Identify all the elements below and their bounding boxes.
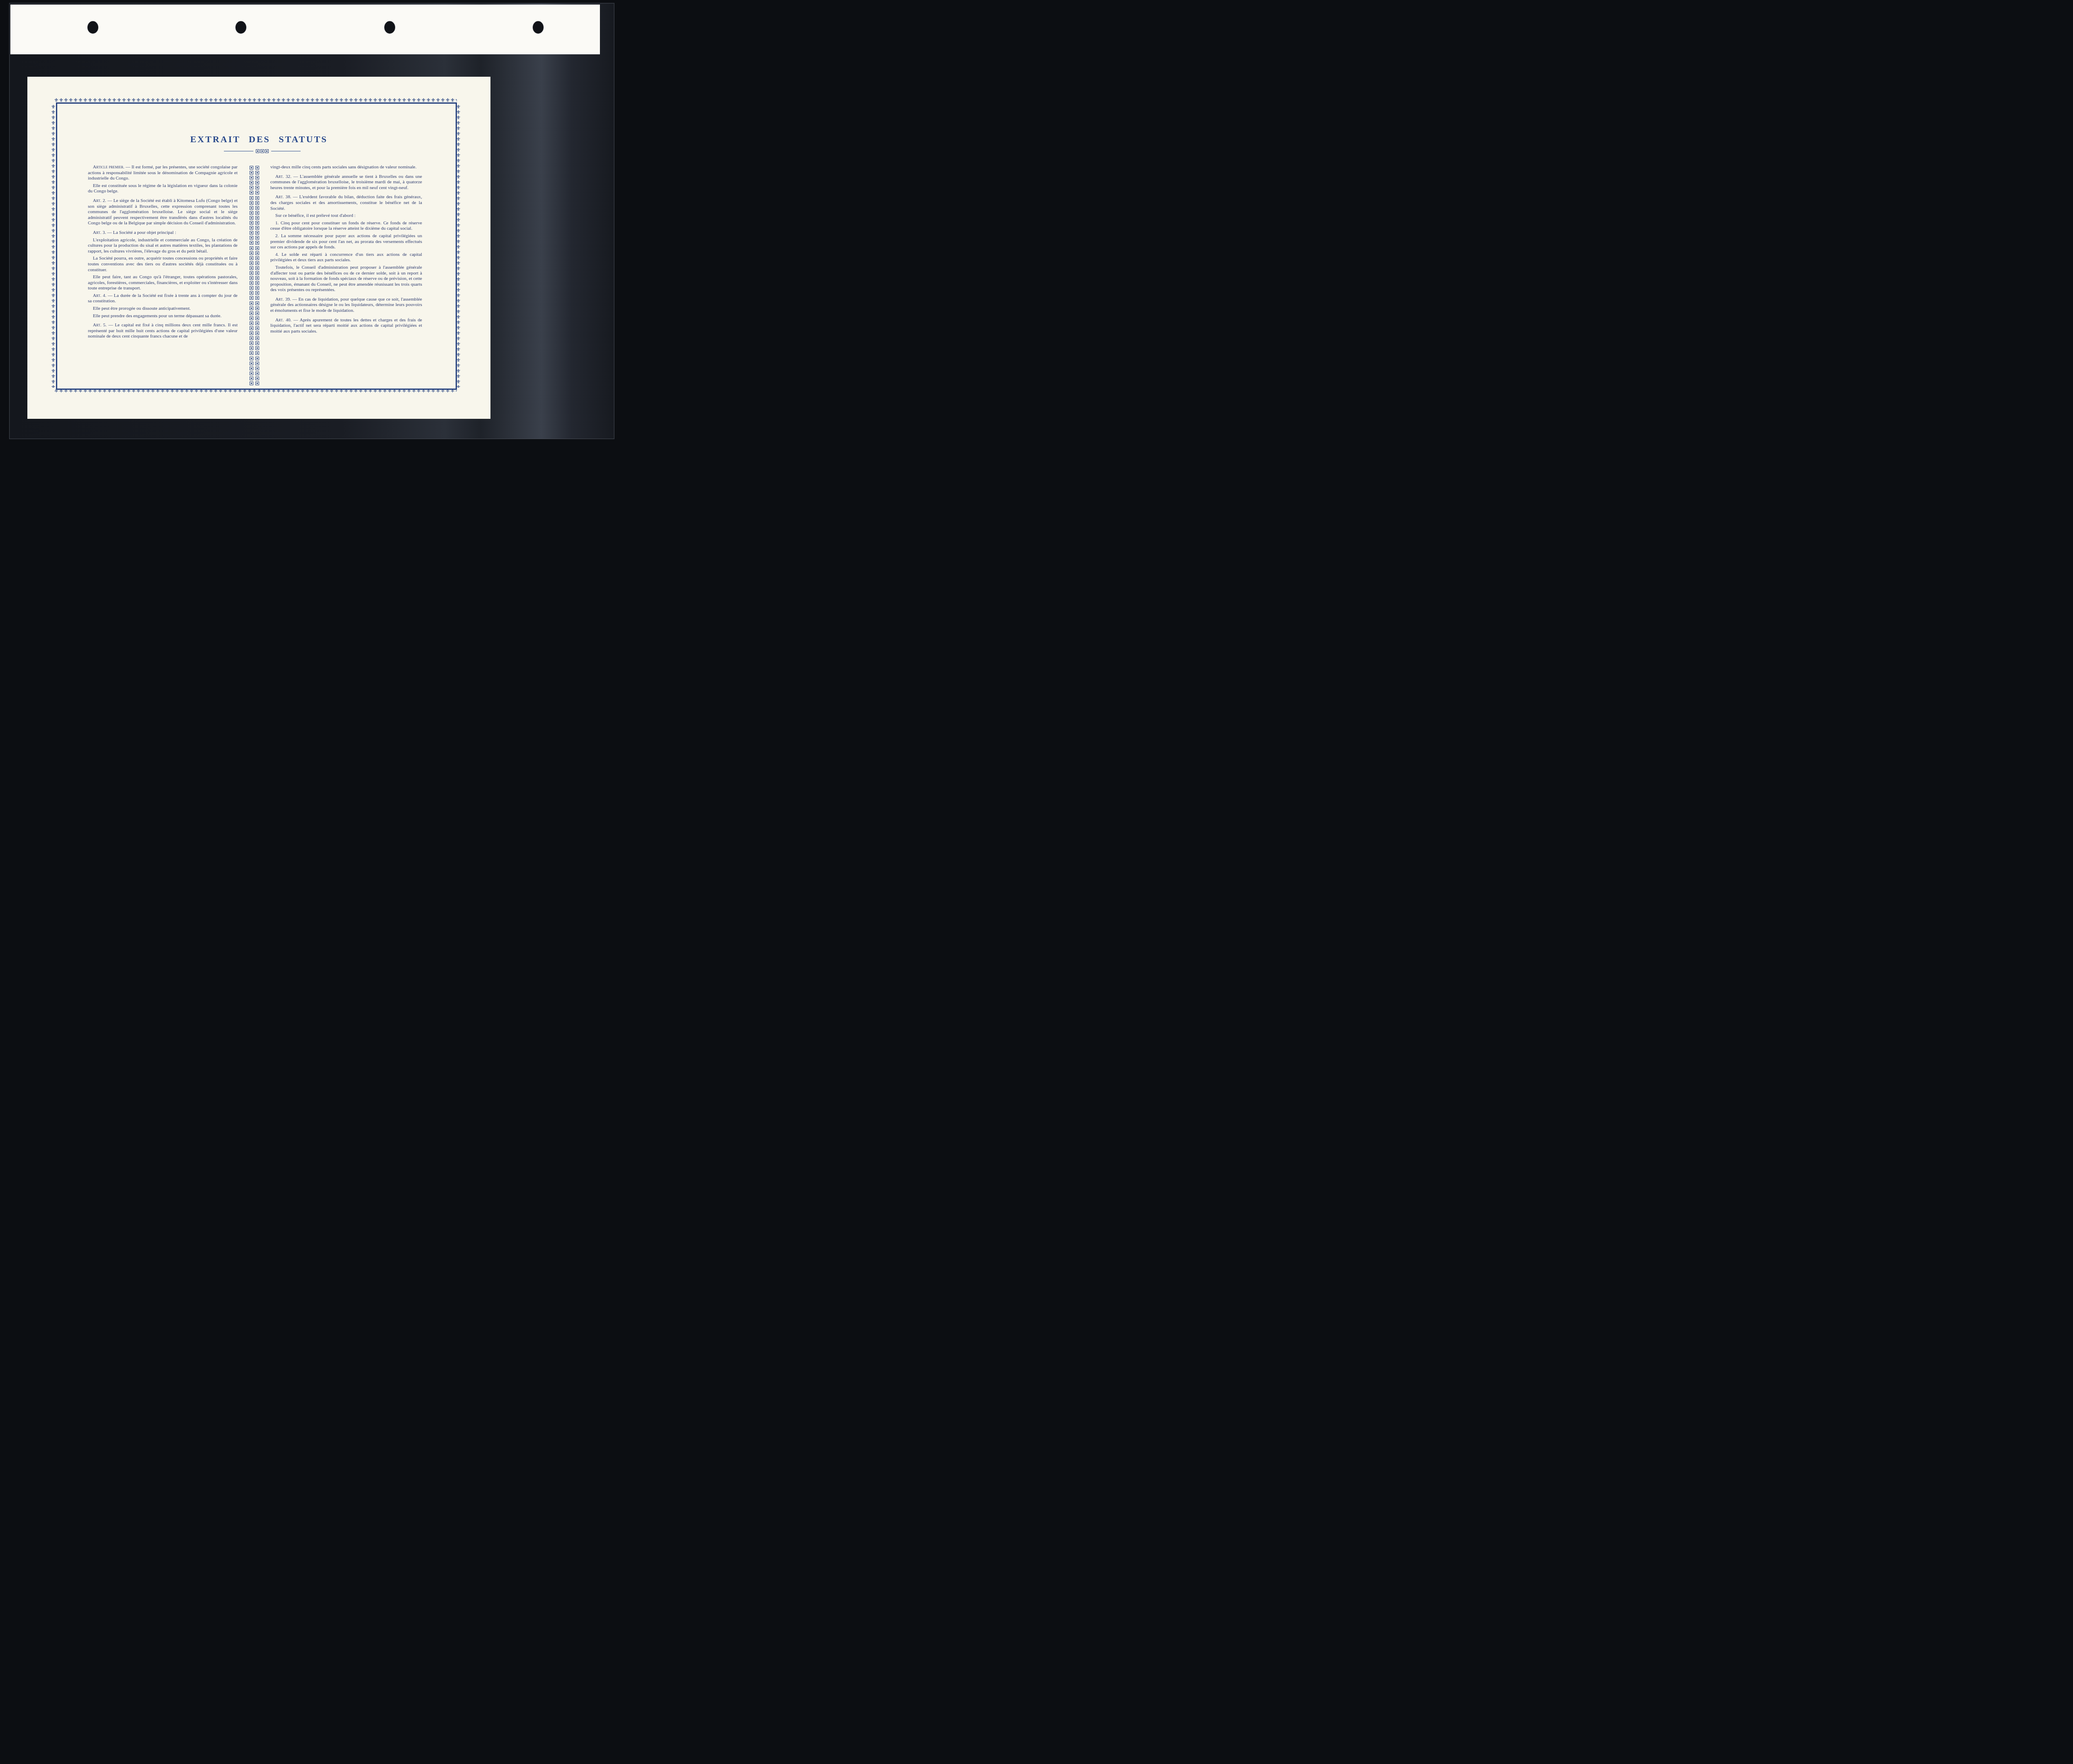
article-paragraph: Toutefois, le Conseil d'administration p… — [270, 265, 422, 293]
article-text: 1. Cinq pour cent pour constituer un fon… — [270, 221, 422, 231]
square-in-square-icon — [250, 311, 253, 315]
article-paragraph: Elle peut être prorogée ou dissoute anti… — [88, 306, 238, 312]
square-in-square-icon — [255, 191, 259, 194]
square-in-square-icon — [250, 306, 253, 310]
square-in-square-icon — [250, 321, 253, 325]
article-paragraph: 2. La somme nécessaire pour payer aux ac… — [270, 233, 422, 250]
square-in-square-icon — [250, 221, 253, 225]
square-in-square-icon — [255, 357, 259, 360]
square-in-square-icon — [255, 261, 259, 265]
article-paragraph: Elle est constituée sous le régime de la… — [88, 183, 238, 194]
square-in-square-icon — [250, 281, 253, 285]
square-in-square-icon — [255, 271, 259, 275]
square-in-square-icon — [255, 236, 259, 240]
square-in-square-icon — [250, 372, 253, 375]
article-text: vingt-deux mille cinq cents parts social… — [270, 165, 417, 170]
article-text: — Le siège de la Société est établi à Ki… — [88, 198, 238, 226]
square-in-square-icon — [255, 171, 259, 175]
article-text: L'exploitation agricole, industrielle et… — [88, 238, 238, 254]
article-label: Article premier. — [93, 165, 124, 170]
article-paragraph: vingt-deux mille cinq cents parts social… — [270, 165, 422, 170]
document-page: ⚜⚜⚜⚜⚜⚜⚜⚜⚜⚜⚜⚜⚜⚜⚜⚜⚜⚜⚜⚜⚜⚜⚜⚜⚜⚜⚜⚜⚜⚜⚜⚜⚜⚜⚜⚜⚜⚜⚜⚜… — [27, 77, 490, 419]
square-in-square-icon — [250, 206, 253, 210]
square-in-square-icon — [255, 286, 259, 290]
article-text: — L'exédent favorable du bilan, déductio… — [270, 194, 422, 211]
article-text: Elle peut prendre des engagements pour u… — [93, 313, 221, 318]
square-in-square-icon — [250, 226, 253, 230]
square-in-square-icon — [255, 231, 259, 235]
article-paragraph: La Société pourra, en outre, acquérir to… — [88, 256, 238, 273]
square-in-square-icon — [250, 176, 253, 180]
square-in-square-icon — [250, 276, 253, 280]
square-in-square-icon — [250, 216, 253, 220]
square-in-square-icon — [255, 226, 259, 230]
square-in-square-icon — [255, 291, 259, 295]
article-paragraph: Art. 3. — La Société a pour objet princi… — [88, 230, 238, 236]
square-in-square-icon — [255, 181, 259, 185]
square-in-square-icon — [250, 286, 253, 290]
square-in-square-icon — [255, 166, 259, 170]
square-in-square-icon — [250, 381, 253, 385]
article-paragraph: Art. 38. — L'exédent favorable du bilan,… — [270, 194, 422, 211]
article-label: Art. 40. — [275, 318, 291, 323]
square-in-square-icon — [255, 301, 259, 305]
fleur-scroll-border-bottom-icon: ⚜⚜⚜⚜⚜⚜⚜⚜⚜⚜⚜⚜⚜⚜⚜⚜⚜⚜⚜⚜⚜⚜⚜⚜⚜⚜⚜⚜⚜⚜⚜⚜⚜⚜⚜⚜⚜⚜⚜⚜… — [54, 388, 457, 393]
square-in-square-icon — [250, 166, 253, 170]
article-label: Art. 39. — [275, 297, 291, 302]
square-in-square-icon — [255, 341, 259, 345]
article-paragraph: 4. Le solde est réparti à concurrence d'… — [270, 252, 422, 263]
square-in-square-icon — [255, 316, 259, 320]
square-in-square-icon — [255, 211, 259, 215]
article-label: Art. 38. — [275, 194, 291, 199]
article-label: Art. 4. — [93, 293, 106, 298]
square-in-square-icon — [255, 306, 259, 310]
square-in-square-icon — [250, 341, 253, 345]
article-label: Art. 32. — [275, 174, 291, 179]
square-in-square-icon — [255, 367, 259, 370]
punch-hole-icon — [87, 21, 98, 34]
punch-hole-icon — [235, 21, 246, 34]
divider-rule — [224, 151, 253, 151]
square-in-square-icon — [255, 276, 259, 280]
article-text: Elle peut être prorogée ou dissoute anti… — [93, 306, 191, 311]
article-text: 4. Le solde est réparti à concurrence d'… — [270, 252, 422, 263]
square-in-square-icon — [250, 241, 253, 245]
square-in-square-icon — [250, 296, 253, 300]
article-paragraph: Sur ce bénéfice, il est prélevé tout d'a… — [270, 213, 422, 219]
article-text: — La Société a pour objet principal : — [106, 230, 176, 235]
left-column-articles: Article premier. — Il est formé, par les… — [88, 165, 238, 341]
square-in-square-icon — [250, 171, 253, 175]
document-title: EXTRAIT DES STATUTS — [27, 134, 490, 145]
square-in-square-icon — [250, 186, 253, 190]
square-in-square-icon — [255, 196, 259, 200]
article-text: La Société pourra, en outre, acquérir to… — [88, 256, 238, 272]
square-in-square-icon — [250, 316, 253, 320]
square-in-square-icon — [255, 206, 259, 210]
article-paragraph: Art. 2. — Le siège de la Société est éta… — [88, 198, 238, 226]
square-in-square-icon — [255, 362, 259, 365]
square-in-square-icon — [255, 331, 259, 335]
column-divider-squares — [250, 166, 260, 385]
square-in-square-icon — [250, 326, 253, 330]
article-paragraph: Elle peut prendre des engagements pour u… — [88, 313, 238, 319]
square-in-square-icon — [255, 281, 259, 285]
square-in-square-icon — [255, 251, 259, 255]
square-in-square-icon — [255, 296, 259, 300]
square-in-square-icon — [255, 241, 259, 245]
square-in-square-icon — [255, 336, 259, 340]
square-in-square-icon — [250, 291, 253, 295]
article-label: Art. 3. — [93, 230, 106, 235]
square-in-square-icon — [250, 377, 253, 380]
square-in-square-icon — [255, 321, 259, 325]
square-in-square-icon — [250, 191, 253, 194]
square-in-square-icon — [255, 186, 259, 190]
square-in-square-icon — [255, 201, 259, 205]
fleur-scroll-border-right-icon: ⚜⚜⚜⚜⚜⚜⚜⚜⚜⚜⚜⚜⚜⚜⚜⚜⚜⚜⚜⚜⚜⚜⚜⚜⚜⚜⚜⚜⚜⚜⚜⚜⚜⚜⚜⚜⚜⚜⚜⚜… — [456, 104, 461, 388]
article-paragraph: Art. 39. — En cas de liquidation, pour q… — [270, 297, 422, 314]
square-in-square-icon — [255, 377, 259, 380]
square-in-square-icon — [250, 266, 253, 270]
square-in-square-icon — [250, 271, 253, 275]
square-in-square-icon — [250, 351, 253, 355]
square-in-square-icon — [255, 346, 259, 350]
square-in-square-icon — [255, 326, 259, 330]
fleur-scroll-border-top-icon: ⚜⚜⚜⚜⚜⚜⚜⚜⚜⚜⚜⚜⚜⚜⚜⚜⚜⚜⚜⚜⚜⚜⚜⚜⚜⚜⚜⚜⚜⚜⚜⚜⚜⚜⚜⚜⚜⚜⚜⚜… — [54, 97, 457, 103]
square-in-square-icon — [250, 367, 253, 370]
article-paragraph: 1. Cinq pour cent pour constituer un fon… — [270, 221, 422, 232]
square-in-square-icon — [250, 357, 253, 360]
article-paragraph: Art. 40. — Après apurement de toutes les… — [270, 318, 422, 335]
article-paragraph: Elle peut faire, tant au Congo qu'à l'ét… — [88, 275, 238, 292]
square-in-square-icon — [250, 236, 253, 240]
square-in-square-icon — [250, 301, 253, 305]
square-in-square-icon — [255, 256, 259, 260]
square-in-square-icon — [255, 372, 259, 375]
square-in-square-icon — [250, 261, 253, 265]
square-in-square-icon — [255, 176, 259, 180]
square-in-square-icon — [250, 246, 253, 250]
article-text: 2. La somme nécessaire pour payer aux ac… — [270, 233, 422, 250]
article-paragraph: Art. 32. — L'assemblée générale annuelle… — [270, 174, 422, 191]
article-text: — En cas de liquidation, pour quelque ca… — [270, 297, 422, 313]
title-divider — [224, 148, 301, 154]
article-paragraph: Art. 4. — La durée de la Société est fix… — [88, 293, 238, 304]
square-in-square-icon — [250, 201, 253, 205]
article-paragraph: Art. 5. — Le capital est fixé à cinq mil… — [88, 323, 238, 340]
article-text: Toutefois, le Conseil d'administration p… — [270, 265, 422, 292]
article-label: Art. 2. — [93, 198, 106, 203]
square-in-square-icon — [255, 246, 259, 250]
fleur-scroll-border-left-icon: ⚜⚜⚜⚜⚜⚜⚜⚜⚜⚜⚜⚜⚜⚜⚜⚜⚜⚜⚜⚜⚜⚜⚜⚜⚜⚜⚜⚜⚜⚜⚜⚜⚜⚜⚜⚜⚜⚜⚜⚜… — [51, 104, 56, 388]
square-in-square-icon — [256, 149, 269, 153]
square-in-square-icon — [255, 216, 259, 220]
square-in-square-icon — [250, 231, 253, 235]
square-in-square-icon — [255, 221, 259, 225]
article-text: Elle peut faire, tant au Congo qu'à l'ét… — [88, 275, 238, 291]
square-in-square-icon — [255, 351, 259, 355]
square-in-square-icon — [250, 196, 253, 200]
square-in-square-icon — [250, 251, 253, 255]
article-text: — Le capital est fixé à cinq millions de… — [88, 323, 238, 339]
divider-rule — [271, 151, 301, 151]
article-text: Sur ce bénéfice, il est prélevé tout d'a… — [275, 213, 356, 218]
article-text: — Après apurement de toutes les dettes e… — [270, 318, 422, 334]
square-in-square-icon — [255, 311, 259, 315]
square-in-square-icon — [250, 331, 253, 335]
binder-strip — [10, 5, 600, 54]
article-label: Art. 5. — [93, 323, 107, 328]
square-in-square-icon — [250, 362, 253, 365]
square-in-square-icon — [250, 181, 253, 185]
square-in-square-icon — [255, 381, 259, 385]
square-in-square-icon — [250, 256, 253, 260]
square-in-square-icon — [255, 266, 259, 270]
article-paragraph: Article premier. — Il est formé, par les… — [88, 165, 238, 182]
square-in-square-icon — [250, 211, 253, 215]
punch-hole-icon — [384, 21, 395, 34]
right-column-articles: vingt-deux mille cinq cents parts social… — [270, 165, 422, 336]
square-in-square-icon — [250, 336, 253, 340]
article-text: — L'assemblée générale annuelle se tient… — [270, 174, 422, 190]
square-in-square-icon — [250, 346, 253, 350]
article-paragraph: L'exploitation agricole, industrielle et… — [88, 238, 238, 255]
article-text: — La durée de la Société est fixée à tre… — [88, 293, 238, 304]
article-text: Elle est constituée sous le régime de la… — [88, 183, 238, 194]
punch-hole-icon — [533, 21, 544, 34]
